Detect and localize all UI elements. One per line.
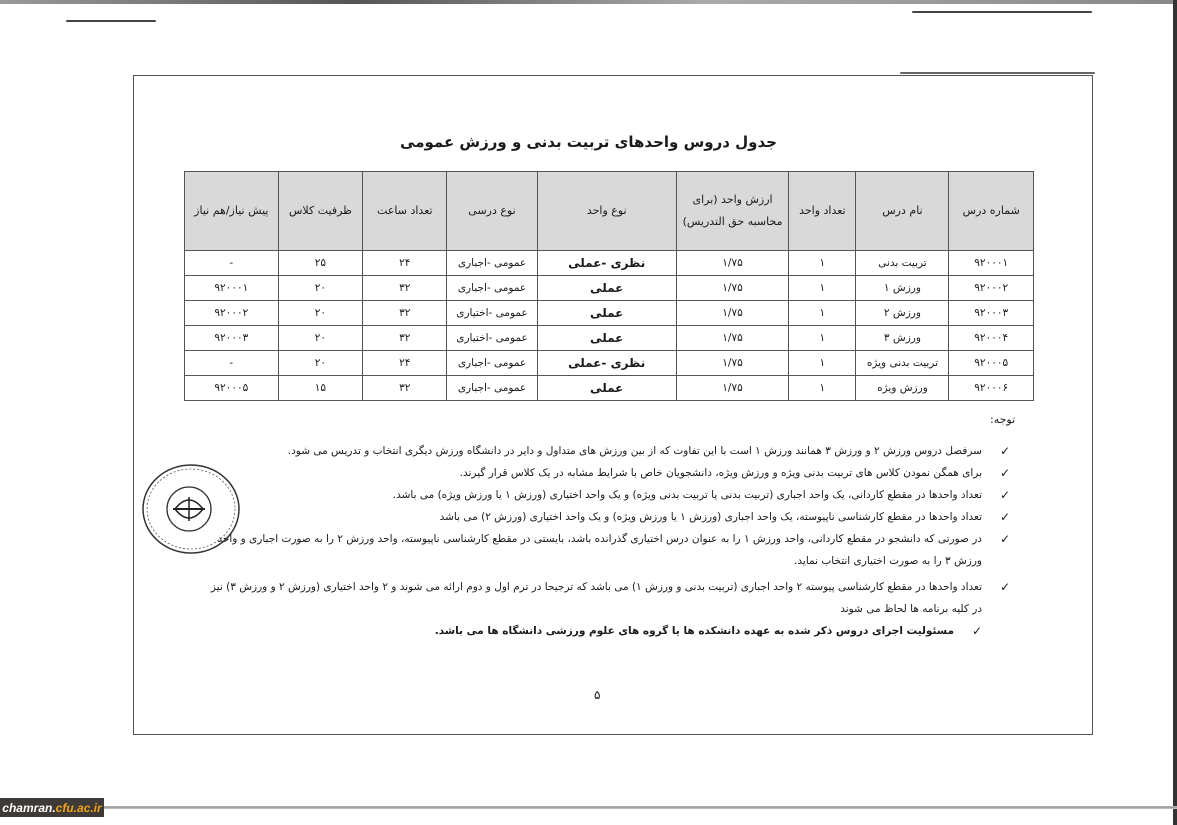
note-text: برای همگن نمودن کلاس های تربیت بدنی ویژه…	[460, 467, 982, 479]
scan-artifact-line	[900, 72, 1095, 74]
header-course-type: نوع درسی	[447, 172, 537, 251]
table-header-row: شماره درس نام درس تعداد واحد ارزش واحد (…	[185, 172, 1034, 251]
note-item: ✓ در صورتی که دانشجو در مقطع کاردانی، وا…	[210, 528, 1010, 572]
scan-edge-bottom	[104, 806, 1177, 809]
checkmark-icon: ✓	[1000, 440, 1010, 462]
cell-course-number: ۹۲۰۰۰۳	[949, 301, 1034, 326]
cell-course-type: عمومی -اجباری	[447, 351, 537, 376]
cell-course-number: ۹۲۰۰۰۵	[949, 351, 1034, 376]
cell-prerequisite: ۹۲۰۰۰۱	[185, 276, 279, 301]
cell-course-name: ورزش ۲	[856, 301, 949, 326]
note-item: ✓ برای همگن نمودن کلاس های تربیت بدنی وی…	[210, 462, 1010, 484]
header-prerequisite: پیش نیاز/هم نیاز	[185, 172, 279, 251]
header-unit-type: نوع واحد	[537, 172, 676, 251]
cell-prerequisite: -	[185, 251, 279, 276]
scan-artifact-line	[912, 11, 1092, 13]
cell-unit-value: ۱/۷۵	[676, 376, 788, 401]
cell-hours: ۳۲	[363, 326, 447, 351]
table-row: ۹۲۰۰۰۴ ورزش ۳ ۱ ۱/۷۵ عملی عمومی -اختیاری…	[185, 326, 1034, 351]
cell-unit-count: ۱	[789, 251, 856, 276]
cell-course-number: ۹۲۰۰۰۱	[949, 251, 1034, 276]
cell-unit-type: عملی	[537, 276, 676, 301]
cell-course-name: تربیت بدنی	[856, 251, 949, 276]
official-seal-icon	[139, 461, 243, 557]
table-row: ۹۲۰۰۰۲ ورزش ۱ ۱ ۱/۷۵ عملی عمومی -اجباری …	[185, 276, 1034, 301]
cell-course-type: عمومی -اجباری	[447, 276, 537, 301]
cell-unit-value: ۱/۷۵	[676, 251, 788, 276]
cell-prerequisite: ۹۲۰۰۰۲	[185, 301, 279, 326]
cell-unit-count: ۱	[789, 376, 856, 401]
courses-table: شماره درس نام درس تعداد واحد ارزش واحد (…	[184, 171, 1034, 401]
scan-artifact-line	[66, 20, 156, 22]
cell-course-name: ورزش ۱	[856, 276, 949, 301]
cell-prerequisite: ۹۲۰۰۰۳	[185, 326, 279, 351]
table-row: ۹۲۰۰۰۵ تربیت بدنی ویژه ۱ ۱/۷۵ نظری -عملی…	[185, 351, 1034, 376]
header-capacity: ظرفیت کلاس	[278, 172, 363, 251]
cell-unit-count: ۱	[789, 276, 856, 301]
cell-unit-type: نظری -عملی	[537, 251, 676, 276]
cell-capacity: ۱۵	[278, 376, 363, 401]
site-watermark: chamran.cfu.ac.ir	[0, 798, 104, 817]
note-item: ✓ تعداد واحدها در مقطع کاردانی، یک واحد …	[210, 484, 1010, 506]
cell-course-number: ۹۲۰۰۰۶	[949, 376, 1034, 401]
cell-capacity: ۲۰	[278, 351, 363, 376]
cell-capacity: ۲۵	[278, 251, 363, 276]
checkmark-icon: ✓	[1000, 484, 1010, 506]
note-text: تعداد واحدها در مقطع کارشناسی پیوسته ۲ و…	[211, 581, 982, 615]
note-text: مسئولیت اجرای دروس ذکر شده به عهده دانشک…	[435, 625, 954, 637]
notes-label: توجه:	[990, 413, 1015, 426]
table-row: ۹۲۰۰۰۳ ورزش ۲ ۱ ۱/۷۵ عملی عمومی -اختیاری…	[185, 301, 1034, 326]
notes-list: ✓ سرفصل دروس ورزش ۲ و ورزش ۳ همانند ورزش…	[210, 440, 1010, 642]
document-title: جدول دروس واحدهای تربیت بدنی و ورزش عموم…	[0, 133, 1177, 151]
watermark-domain-part: chamran.	[2, 801, 55, 815]
cell-course-number: ۹۲۰۰۰۴	[949, 326, 1034, 351]
cell-unit-type: نظری -عملی	[537, 351, 676, 376]
cell-unit-value: ۱/۷۵	[676, 276, 788, 301]
cell-hours: ۲۴	[363, 251, 447, 276]
cell-course-type: عمومی -اختیاری	[447, 326, 537, 351]
cell-prerequisite: ۹۲۰۰۰۵	[185, 376, 279, 401]
cell-hours: ۳۲	[363, 301, 447, 326]
checkmark-icon: ✓	[1000, 462, 1010, 484]
note-item: ✓ تعداد واحدها در مقطع کارشناسی ناپیوسته…	[210, 506, 1010, 528]
checkmark-icon: ✓	[1000, 506, 1010, 528]
cell-course-number: ۹۲۰۰۰۲	[949, 276, 1034, 301]
cell-unit-count: ۱	[789, 326, 856, 351]
cell-unit-value: ۱/۷۵	[676, 351, 788, 376]
watermark-domain-part: cfu.ac.ir	[56, 801, 102, 815]
scan-edge-top	[0, 0, 1177, 4]
cell-course-name: ورزش ۳	[856, 326, 949, 351]
cell-unit-type: عملی	[537, 301, 676, 326]
header-hours: تعداد ساعت	[363, 172, 447, 251]
cell-course-name: تربیت بدنی ویژه	[856, 351, 949, 376]
cell-capacity: ۲۰	[278, 326, 363, 351]
cell-hours: ۳۲	[363, 276, 447, 301]
note-item: ✓ تعداد واحدها در مقطع کارشناسی پیوسته ۲…	[210, 576, 1010, 620]
cell-course-type: عمومی -اجباری	[447, 376, 537, 401]
header-unit-count: تعداد واحد	[789, 172, 856, 251]
cell-unit-type: عملی	[537, 326, 676, 351]
cell-hours: ۲۴	[363, 351, 447, 376]
table-row: ۹۲۰۰۰۶ ورزش ویژه ۱ ۱/۷۵ عملی عمومی -اجبا…	[185, 376, 1034, 401]
cell-unit-count: ۱	[789, 301, 856, 326]
cell-capacity: ۲۰	[278, 301, 363, 326]
checkmark-icon: ✓	[1000, 576, 1010, 598]
note-text: سرفصل دروس ورزش ۲ و ورزش ۳ همانند ورزش ۱…	[288, 445, 982, 457]
cell-course-name: ورزش ویژه	[856, 376, 949, 401]
cell-unit-value: ۱/۷۵	[676, 326, 788, 351]
note-text: تعداد واحدها در مقطع کاردانی، یک واحد اج…	[393, 489, 982, 501]
page-number: ۵	[594, 688, 600, 702]
header-course-name: نام درس	[856, 172, 949, 251]
header-course-number: شماره درس	[949, 172, 1034, 251]
note-item: ✓ سرفصل دروس ورزش ۲ و ورزش ۳ همانند ورزش…	[210, 440, 1010, 462]
note-text: تعداد واحدها در مقطع کارشناسی ناپیوسته، …	[440, 511, 982, 523]
header-unit-value: ارزش واحد (برای محاسبه حق التدریس)	[676, 172, 788, 251]
checkmark-icon: ✓	[1000, 528, 1010, 550]
note-text: در صورتی که دانشجو در مقطع کاردانی، واحد…	[217, 533, 982, 567]
cell-unit-value: ۱/۷۵	[676, 301, 788, 326]
cell-hours: ۳۲	[363, 376, 447, 401]
checkmark-icon: ✓	[972, 620, 982, 642]
cell-prerequisite: -	[185, 351, 279, 376]
scan-edge-right	[1173, 0, 1177, 825]
cell-unit-count: ۱	[789, 351, 856, 376]
table-row: ۹۲۰۰۰۱ تربیت بدنی ۱ ۱/۷۵ نظری -عملی عموم…	[185, 251, 1034, 276]
cell-course-type: عمومی -اختیاری	[447, 301, 537, 326]
note-item: ✓ مسئولیت اجرای دروس ذکر شده به عهده دان…	[210, 620, 1010, 642]
cell-course-type: عمومی -اجباری	[447, 251, 537, 276]
cell-unit-type: عملی	[537, 376, 676, 401]
cell-capacity: ۲۰	[278, 276, 363, 301]
